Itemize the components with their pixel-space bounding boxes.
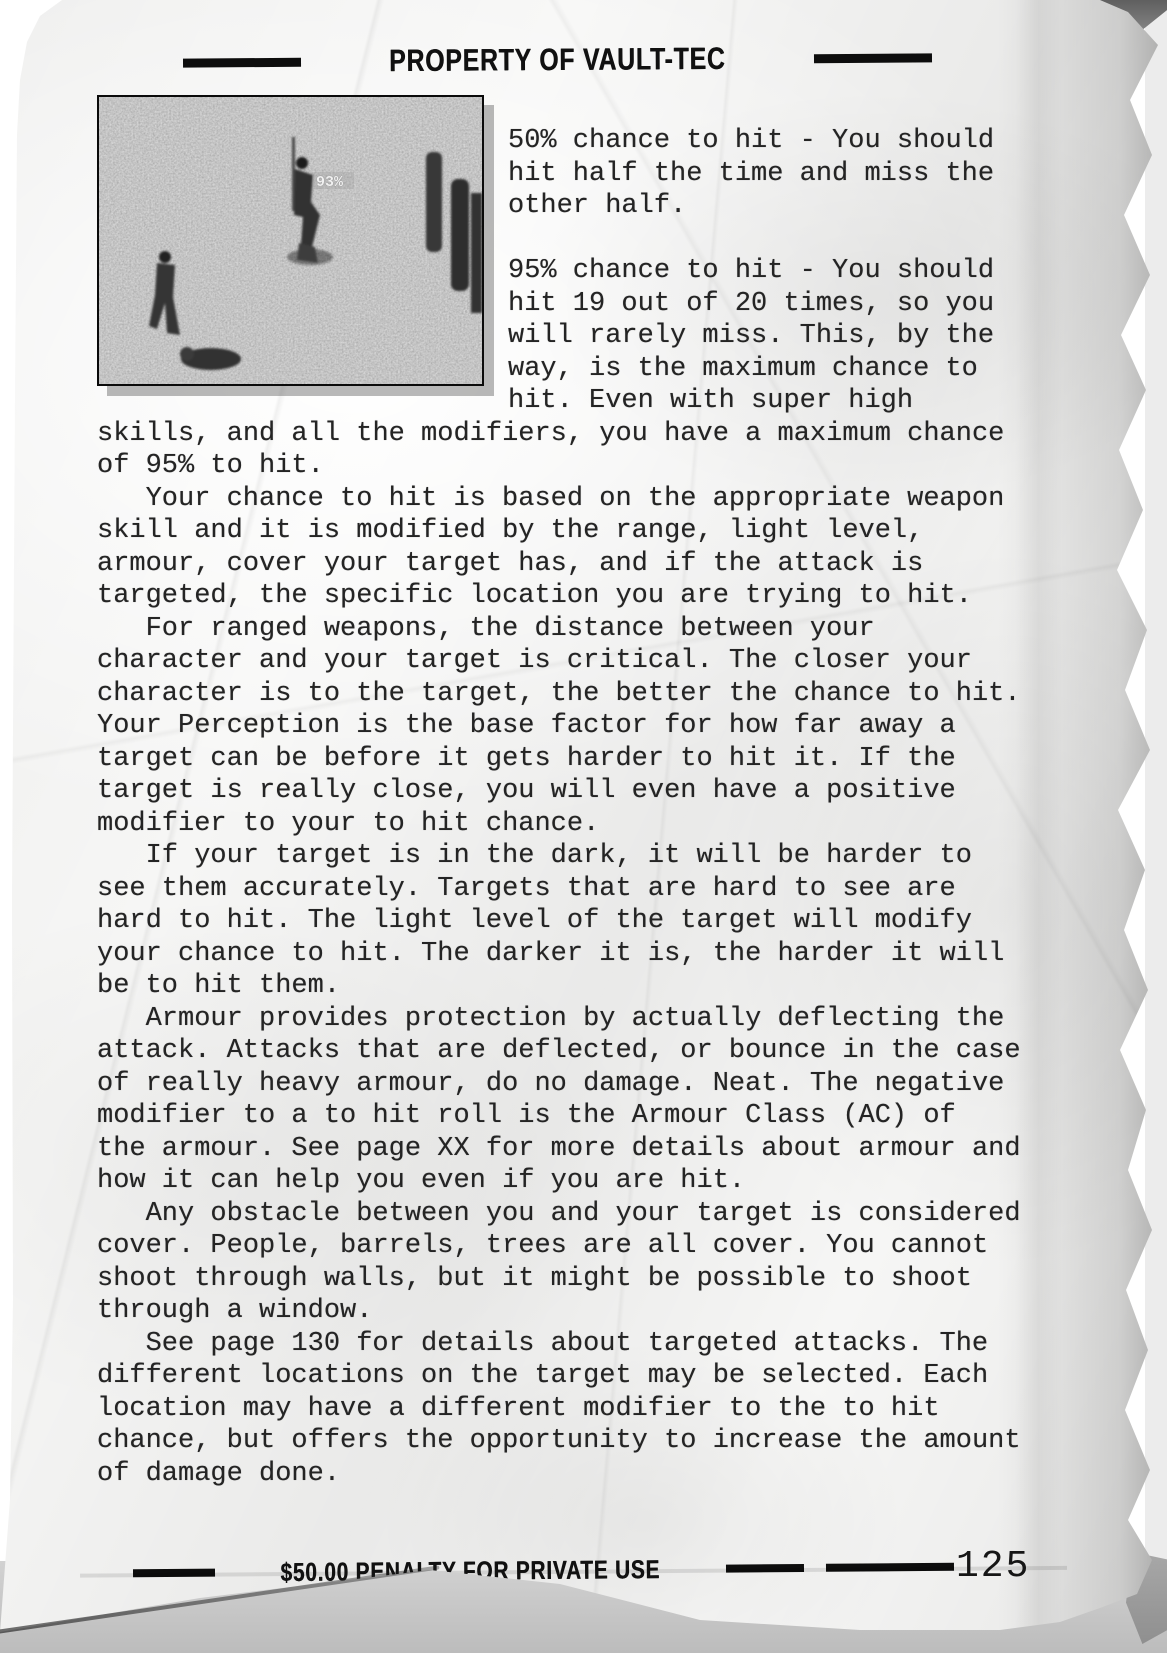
- text-line: character is to the target, the better t…: [97, 678, 1027, 711]
- text-line: see them accurately. Targets that are ha…: [97, 873, 1027, 906]
- text-line: targeted, the specific location you are …: [97, 580, 1027, 613]
- text-line: modifier to your to hit chance.: [97, 808, 1027, 841]
- body-text: 93% 50% chance to hit - You shouldhit ha…: [97, 105, 1027, 1490]
- text-line: armour, cover your target has, and if th…: [97, 548, 1027, 581]
- text-line: how it can help you even if you are hit.: [97, 1165, 1027, 1198]
- text-line: be to hit them.: [97, 970, 1027, 1003]
- combat-scene-graphic: 93%: [99, 97, 482, 384]
- scan-right-gutter: [1145, 0, 1167, 1583]
- text-line: modifier to a to hit roll is the Armour …: [97, 1100, 1027, 1133]
- text-line: For ranged weapons, the distance between…: [97, 613, 1027, 646]
- header-left-bar: [183, 57, 301, 67]
- text-line: Your chance to hit is based on the appro…: [97, 483, 1027, 516]
- header-stamp-row: PROPERTY OF VAULT-TEC: [0, 38, 1141, 82]
- text-line: Your Perception is the base factor for h…: [97, 710, 1027, 743]
- text-line: the armour. See page XX for more details…: [97, 1133, 1027, 1166]
- text-line: If your target is in the dark, it will b…: [97, 840, 1027, 873]
- text-line: your chance to hit. The darker it is, th…: [97, 938, 1027, 971]
- scanned-manual-page: PROPERTY OF VAULT-TEC: [0, 0, 1167, 1653]
- hit-chance-label: 93%: [312, 172, 354, 191]
- footer-right-bar-2: [826, 1563, 954, 1572]
- footer-left-bar: [133, 1569, 215, 1578]
- header-right-bar: [814, 53, 932, 63]
- text-line: Armour provides protection by actually d…: [97, 1003, 1027, 1036]
- gravel-ground: [99, 97, 482, 384]
- text-line: different locations on the target may be…: [97, 1360, 1027, 1393]
- manual-page: PROPERTY OF VAULT-TEC: [0, 0, 1167, 1653]
- header-stamp-text: PROPERTY OF VAULT-TEC: [389, 41, 726, 79]
- text-line: through a window.: [97, 1295, 1027, 1328]
- text-line: shoot through walls, but it might be pos…: [97, 1263, 1027, 1296]
- text-line: of really heavy armour, do no damage. Ne…: [97, 1068, 1027, 1101]
- text-line: cover. People, barrels, trees are all co…: [97, 1230, 1027, 1263]
- text-line: hard to hit. The light level of the targ…: [97, 905, 1027, 938]
- text-line: skill and it is modified by the range, l…: [97, 515, 1027, 548]
- text-line: of damage done.: [97, 1458, 1027, 1491]
- text-line: attack. Attacks that are deflected, or b…: [97, 1035, 1027, 1068]
- text-line: chance, but offers the opportunity to in…: [97, 1425, 1027, 1458]
- text-line: hit. Even with super high: [97, 385, 1027, 418]
- game-screenshot: 93%: [97, 95, 484, 386]
- page-number: 125: [956, 1548, 1030, 1586]
- text-line: target can be before it gets harder to h…: [97, 743, 1027, 776]
- hit-chance-text: 93%: [316, 174, 344, 191]
- text-line: target is really close, you will even ha…: [97, 775, 1027, 808]
- text-line: of 95% to hit.: [97, 450, 1027, 483]
- text-line: location may have a different modifier t…: [97, 1393, 1027, 1426]
- text-line: Any obstacle between you and your target…: [97, 1198, 1027, 1231]
- text-line: skills, and all the modifiers, you have …: [97, 418, 1027, 451]
- text-line: character and your target is critical. T…: [97, 645, 1027, 678]
- footer-right-bar: [726, 1564, 804, 1573]
- text-line: See page 130 for details about targeted …: [97, 1328, 1027, 1361]
